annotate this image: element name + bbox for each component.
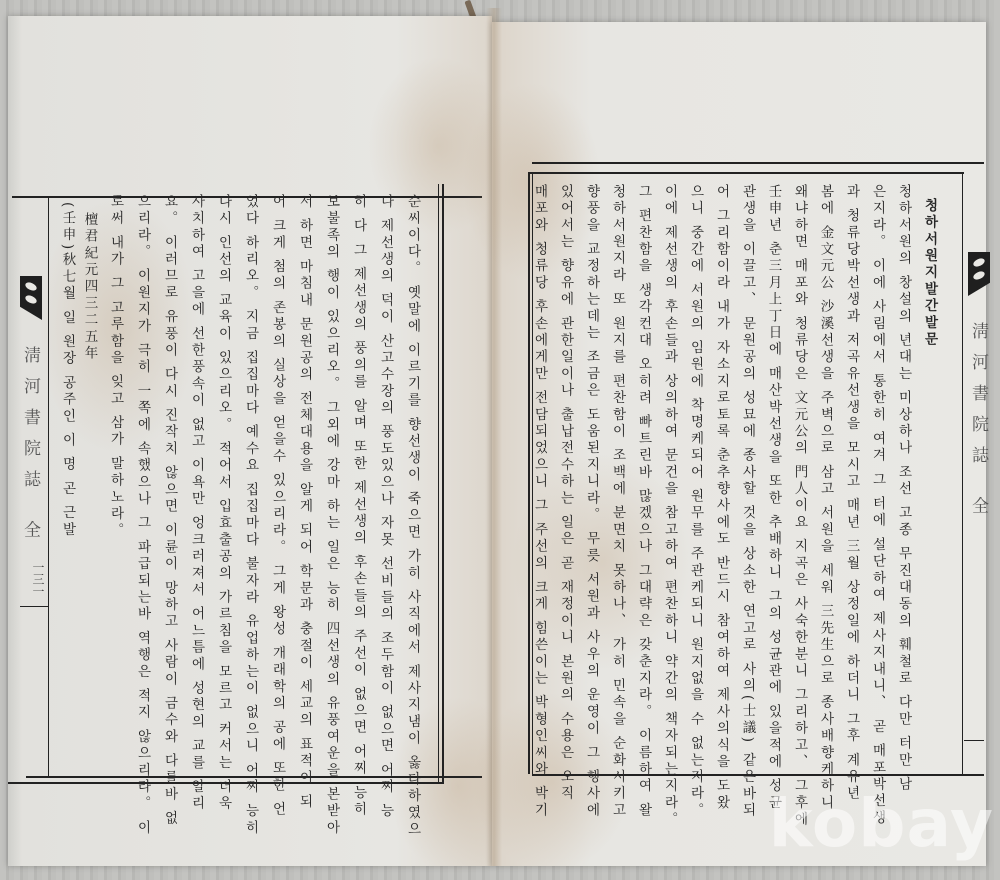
right-text-body: 청하서원지발간발문 청하서원의 창설의 년대는 미상하나 조선 고종 무진대동의… <box>536 184 962 774</box>
text-column: 과 청류당박선생과 저곡유선생을 모시고 매년 三월 상정일에 하더니 그후 계… <box>844 184 858 803</box>
text-column: 로써 내가 그 고루함을 잊고 삼가 말하노라。 <box>108 194 122 540</box>
text-column: 그 편찬함을 생각컨대 오히려 빠트린바 많겠으나 그대략은 갖춘지라。 이름하… <box>636 184 650 819</box>
open-book: 淸河書院誌 全 一三一 순씨이다。 옛말에 이르기를 향선생이 죽으면 가히 사… <box>8 8 986 866</box>
text-column: 히 다 그 제선생의 풍의를 알며 또한 제선생의 후손들의 주선이 없으면 어… <box>351 194 365 818</box>
text-column: 이에 제선생의 후손들과 상의하여 문건을 참고하여 편찬하니 약간의 책자되는… <box>662 184 676 828</box>
text-column: 사치하여 고을에 선한풍속이 없고 이욕만 엉크러져서 어느틈에 성현의 교를 … <box>189 194 203 813</box>
text-column: 은지라。 이에 사림에서 통한히 여겨 그 터에 설단하여 제사지내니、 곧 매… <box>870 184 884 827</box>
text-column: 壬申년 춘三月上丁日에 매산박선생을 또한 추배하니 그의 성균관에 있을적에 … <box>766 184 780 812</box>
text-column: 있어서는 향유에 관한일이나 출납전수하는 일은 곧 재정이니 본원의 수용은 … <box>558 184 572 803</box>
margin-title: 淸河書院誌 全 <box>966 322 991 527</box>
text-column: 나 제선생의 덕이 산고수장의 풍도있으나 자못 선비들의 조두함이 없으면 어… <box>378 194 392 820</box>
text-column: 향풍을 교정하는데는 조금은 도움된지니라。 무릇 서원과 사우의 운영이 그 … <box>584 184 598 819</box>
text-column: 으니 중간에 서원의 임원에 착명케되어 원무를 주관케되니 원지없을 수 없는… <box>688 184 702 819</box>
text-column: 요。 이러므로 유풍이 다시 진작치 않으면 이륜이 망하고 사람이 금수와 다… <box>162 194 176 828</box>
date-line: 檀君紀元四三二五年 <box>82 212 96 362</box>
signature-line: (壬申)秋七월 일 원장 공주인 이 명 곤 근발 <box>60 202 74 539</box>
margin-divider <box>964 740 984 741</box>
text-column: 어 크게 첨의 존봉의 실상을 얻을수 있으리라。 그게 왕성 개래학의 공에 … <box>270 194 284 818</box>
text-column: 으리라。 이원지가 극히 一쪽에 속했으나 그 파급되는바 역행은 적지 않으리… <box>135 194 149 837</box>
document-title: 청하서원지발간발문 <box>922 198 936 348</box>
top-rule <box>532 162 984 164</box>
text-column: 매포와 청류당 후손에게만 전담되었으니 그 주선의 크게 힘쓴이는 박형인씨와… <box>532 184 546 819</box>
text-column: 봄에 金文元公 沙溪선생을 주벽으로 삼고 서원을 세워 三先生으로 종사배향케… <box>818 184 832 812</box>
left-text-body: 순씨이다。 옛말에 이르기를 향선생이 죽으면 가히 사직에서 제사지냄이 옳다… <box>8 194 438 774</box>
left-page: 淸河書院誌 全 一三一 순씨이다。 옛말에 이르기를 향선생이 죽으면 가히 사… <box>8 16 492 866</box>
text-frame-right-border <box>442 184 444 782</box>
text-column: 다시 인선의 교육이 있으리오。 적어서 입효출공의 가르침을 모르고 커서는 … <box>216 194 230 813</box>
text-frame-left-border <box>528 174 530 774</box>
margin-rule <box>962 174 963 774</box>
text-column: 서 하면 마침내 문원공의 전체대용을 알게 되어 학문과 충절이 세교의 표적… <box>297 194 311 811</box>
text-column: 청하서원의 창설의 년대는 미상하나 조선 고종 무진대동의 훼철로 다만 터만… <box>896 184 910 793</box>
text-column: 어 그리함이라 내가 자소지로토록 춘추향사에도 반드시 참여하여 제사의식을 … <box>714 184 728 812</box>
text-column: 보불족의 행이 있으리오。 그외에 강마 하는 일은 능히 四선생의 유풍여운을… <box>324 194 338 837</box>
right-page: 淸河書院誌 全 청하서원지발간발문 청하서원의 창설의 년대는 미상하나 조선 … <box>492 22 986 866</box>
watermark: kobay <box>769 785 994 862</box>
book-gutter <box>486 8 502 866</box>
text-column: 청하서원지라 또 원지를 편찬함이 조백에 분면치 못하나、 가히 민속을 순화… <box>610 184 624 819</box>
text-column: 관생을 이끌고、 문원공의 성묘에 종사할 것을 상소한 연고로 사의(士議) … <box>740 184 754 819</box>
text-column: 었다 하리오。 지금 집집마다 예수요 집집마다 불자라 유업하는이 없으니 어… <box>243 194 257 837</box>
text-frame-top <box>528 172 964 174</box>
text-column: 순씨이다。 옛말에 이르기를 향선생이 죽으면 가히 사직에서 제사지냄이 옳다… <box>405 194 419 838</box>
text-frame-inner-border <box>438 184 439 782</box>
text-column: 왜냐하면 매포와 청류당은 文元公의 門人이요 지곡은 사숙한분니 그리하고、 … <box>792 184 806 828</box>
